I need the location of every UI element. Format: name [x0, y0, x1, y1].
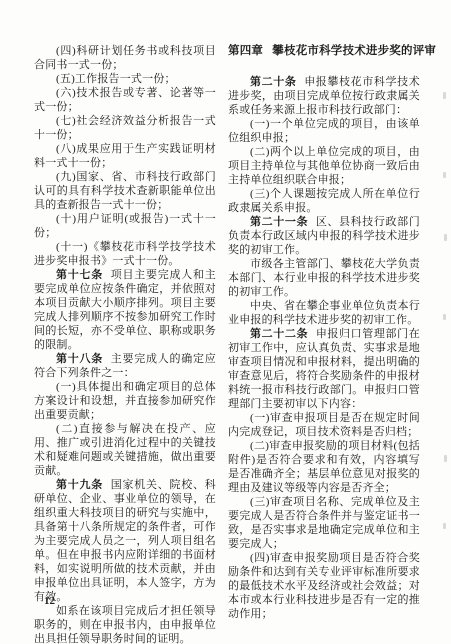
paragraph-text: (七)社会经济效益分析报告一式十一份；	[34, 115, 216, 141]
article-number: 第十九条	[56, 479, 103, 491]
article-paragraph: 第十七条项目主要完成人和主要完成单位应按条件确定，并依照对本项目贡献大小顺序排列…	[34, 268, 216, 352]
paragraph-text: 中央、省在攀企事业单位负责本行业申报的科学技术进步奖的初审工作。	[228, 300, 420, 326]
clause-paragraph: (二)两个以上单位完成的项目，由项目主持单位与其他单位协商一致后由主持单位组织联…	[228, 145, 420, 187]
clause-paragraph: (十)用户证明(或报告)一式十一份；	[34, 212, 216, 240]
clause-paragraph: (六)技术报告或专著、论著等一式一份；	[34, 86, 216, 114]
article-number: 第十八条	[56, 353, 103, 365]
article-paragraph: 第二十二条申报归口管理部门在初审工作中，应认真负责、实事求是地审查项目情况和申报…	[228, 327, 420, 411]
clause-paragraph: 中央、省在攀企事业单位负责本行业申报的科学技术进步奖的初审工作。	[228, 299, 420, 327]
article-number: 第十七条	[56, 269, 103, 281]
paragraph-text: (三)个人课题按完成人所在单位行政隶属关系申报。	[228, 188, 420, 214]
clause-paragraph: (一)具体提出和确定项目的总体方案设计和设想，并直接参加研究作出重要贡献；	[34, 380, 216, 422]
scan-edge-artifact	[443, 92, 446, 99]
paragraph-text: (二)审查申报奖励的项目材料(包括附件)是否符合要求和有效，内容填写是否准确齐全…	[228, 440, 420, 494]
paragraph-text: (四)审查申报奖励项目是否符合奖励条件和达到有关专业评审标准所要求的最低技术水平…	[228, 552, 420, 620]
chapter-number: 第四章	[228, 45, 263, 57]
clause-paragraph: (二)直接参与解决在投产、应用、推广或引进消化过程中的关键技术和疑难问题或关键措…	[34, 422, 216, 478]
scan-edge-artifact	[443, 314, 446, 320]
clause-paragraph: (四)科研计划任务书或科技项目合同书一式一份；	[34, 44, 216, 72]
scan-edge-artifact	[444, 455, 447, 462]
page-number: 12	[44, 595, 55, 607]
paragraph-text: (八)成果应用于生产实践证明材料一式十一份；	[34, 143, 216, 169]
scan-edge-artifact	[444, 234, 447, 241]
paragraph-text: 如系在该项目完成后才担任领导职务的，则在申报书内，由申报单位出具担任领导职务时间…	[34, 605, 216, 644]
clause-paragraph: 市级各主管部门、攀枝花大学负责本部门、本行业申报的科学技术进步奖的初审工作。	[228, 257, 420, 299]
paragraph-text: (一)审查申报项目是否在规定时间内完成登记，项目技术资料是否归档；	[228, 412, 420, 438]
clause-paragraph: (一)审查申报项目是否在规定时间内完成登记，项目技术资料是否归档；	[228, 411, 420, 439]
paragraph-text: (一)具体提出和确定项目的总体方案设计和设想，并直接参加研究作出重要贡献；	[34, 381, 216, 421]
paragraph-text: 国家机关、院校、科研单位、企业、事业单位的领导，在组织重大科技项目的研究与实施中…	[34, 479, 216, 603]
clause-paragraph: (十一)《攀枝花市科学技学技术进步奖申报书》一式十一份。	[34, 240, 216, 268]
paragraph-text: (四)科研计划任务书或科技项目合同书一式一份；	[34, 45, 216, 71]
paragraph-text: (三)审查项目名称、完成单位及主要完成人是否符合条件并与鉴定证书一致，是否实事求…	[228, 496, 420, 550]
article-number: 第二十条	[250, 76, 297, 88]
paragraph-text: 市级各主管部门、攀枝花大学负责本部门、本行业申报的科学技术进步奖的初审工作。	[228, 258, 420, 298]
chapter-title: 攀枝花市科学技术进步奖的评审	[272, 45, 436, 57]
paragraph-text: (一)一个单位完成的项目，由该单位组织申报；	[228, 118, 420, 144]
clause-paragraph: (三)审查项目名称、完成单位及主要完成人是否符合条件并与鉴定证书一致，是否实事求…	[228, 495, 420, 551]
clause-paragraph: (九)国家、省、市科技行政部门认可的具有科学技术查新职能单位出具的查新报告一式十…	[34, 170, 216, 212]
paragraph-text: (五)工作报告一式一份；	[56, 73, 176, 85]
paragraph-text: (二)直接参与解决在投产、应用、推广或引进消化过程中的关键技术和疑难问题或关键措…	[34, 423, 216, 477]
paragraph-text: (六)技术报告或专著、论著等一式一份；	[34, 87, 216, 113]
paragraph-text: (十)用户证明(或报告)一式十一份；	[34, 213, 216, 239]
clause-paragraph: (二)审查申报奖励的项目材料(包括附件)是否符合要求和有效，内容填写是否准确齐全…	[228, 439, 420, 495]
article-paragraph: 第十八条主要完成人的确定应符合下列条件之一：	[34, 352, 216, 380]
paragraph-text: (九)国家、省、市科技行政部门认可的具有科学技术查新职能单位出具的查新报告一式十…	[34, 171, 216, 211]
scan-edge-artifact	[443, 523, 446, 529]
clause-paragraph: (四)审查申报奖励项目是否符合奖励条件和达到有关专业评审标准所要求的最低技术水平…	[228, 551, 420, 621]
article-paragraph: 第十九条国家机关、院校、科研单位、企业、事业单位的领导，在组织重大科技项目的研究…	[34, 478, 216, 604]
right-text-column: 第四章攀枝花市科学技术进步奖的评审 第二十条申报攀枝花市科学技术进步奖，由项目完…	[228, 44, 420, 621]
paragraph-text: 项目主要完成人和主要完成单位应按条件确定，并依照对本项目贡献大小顺序排列。项目主…	[34, 269, 216, 351]
clause-paragraph: (七)社会经济效益分析报告一式十一份；	[34, 114, 216, 142]
article-number: 第二十一条	[250, 216, 308, 228]
clause-paragraph: 如系在该项目完成后才担任领导职务的，则在申报书内，由申报单位出具担任领导职务时间…	[34, 604, 216, 644]
scan-edge-artifact	[443, 172, 446, 178]
document-page: (四)科研计划任务书或科技项目合同书一式一份； (五)工作报告一式一份； (六)…	[0, 0, 451, 644]
article-paragraph: 第二十条申报攀枝花市科学技术进步奖，由项目完成单位按行政隶属关系或任务来源上报市…	[228, 75, 420, 117]
article-number: 第二十二条	[250, 328, 308, 340]
clause-paragraph: (五)工作报告一式一份；	[34, 72, 216, 86]
left-text-column: (四)科研计划任务书或科技项目合同书一式一份； (五)工作报告一式一份； (六)…	[34, 44, 216, 644]
paragraph-text: (二)两个以上单位完成的项目，由项目主持单位与其他单位协商一致后由主持单位组织联…	[228, 146, 420, 186]
paragraph-text: 申报归口管理部门在初审工作中，应认真负责、实事求是地审查项目情况和申报材料，提出…	[228, 328, 420, 410]
chapter-heading: 第四章攀枝花市科学技术进步奖的评审	[228, 44, 420, 58]
clause-paragraph: (八)成果应用于生产实践证明材料一式十一份；	[34, 142, 216, 170]
clause-paragraph: (三)个人课题按完成人所在单位行政隶属关系申报。	[228, 187, 420, 215]
paragraph-text: (十一)《攀枝花市科学技学技术进步奖申报书》一式十一份。	[34, 241, 216, 267]
article-paragraph: 第二十一条区、县科技行政部门负责本行政区域内申报的科学技术进步奖的初审工作。	[228, 215, 420, 257]
clause-paragraph: (一)一个单位完成的项目，由该单位组织申报；	[228, 117, 420, 145]
